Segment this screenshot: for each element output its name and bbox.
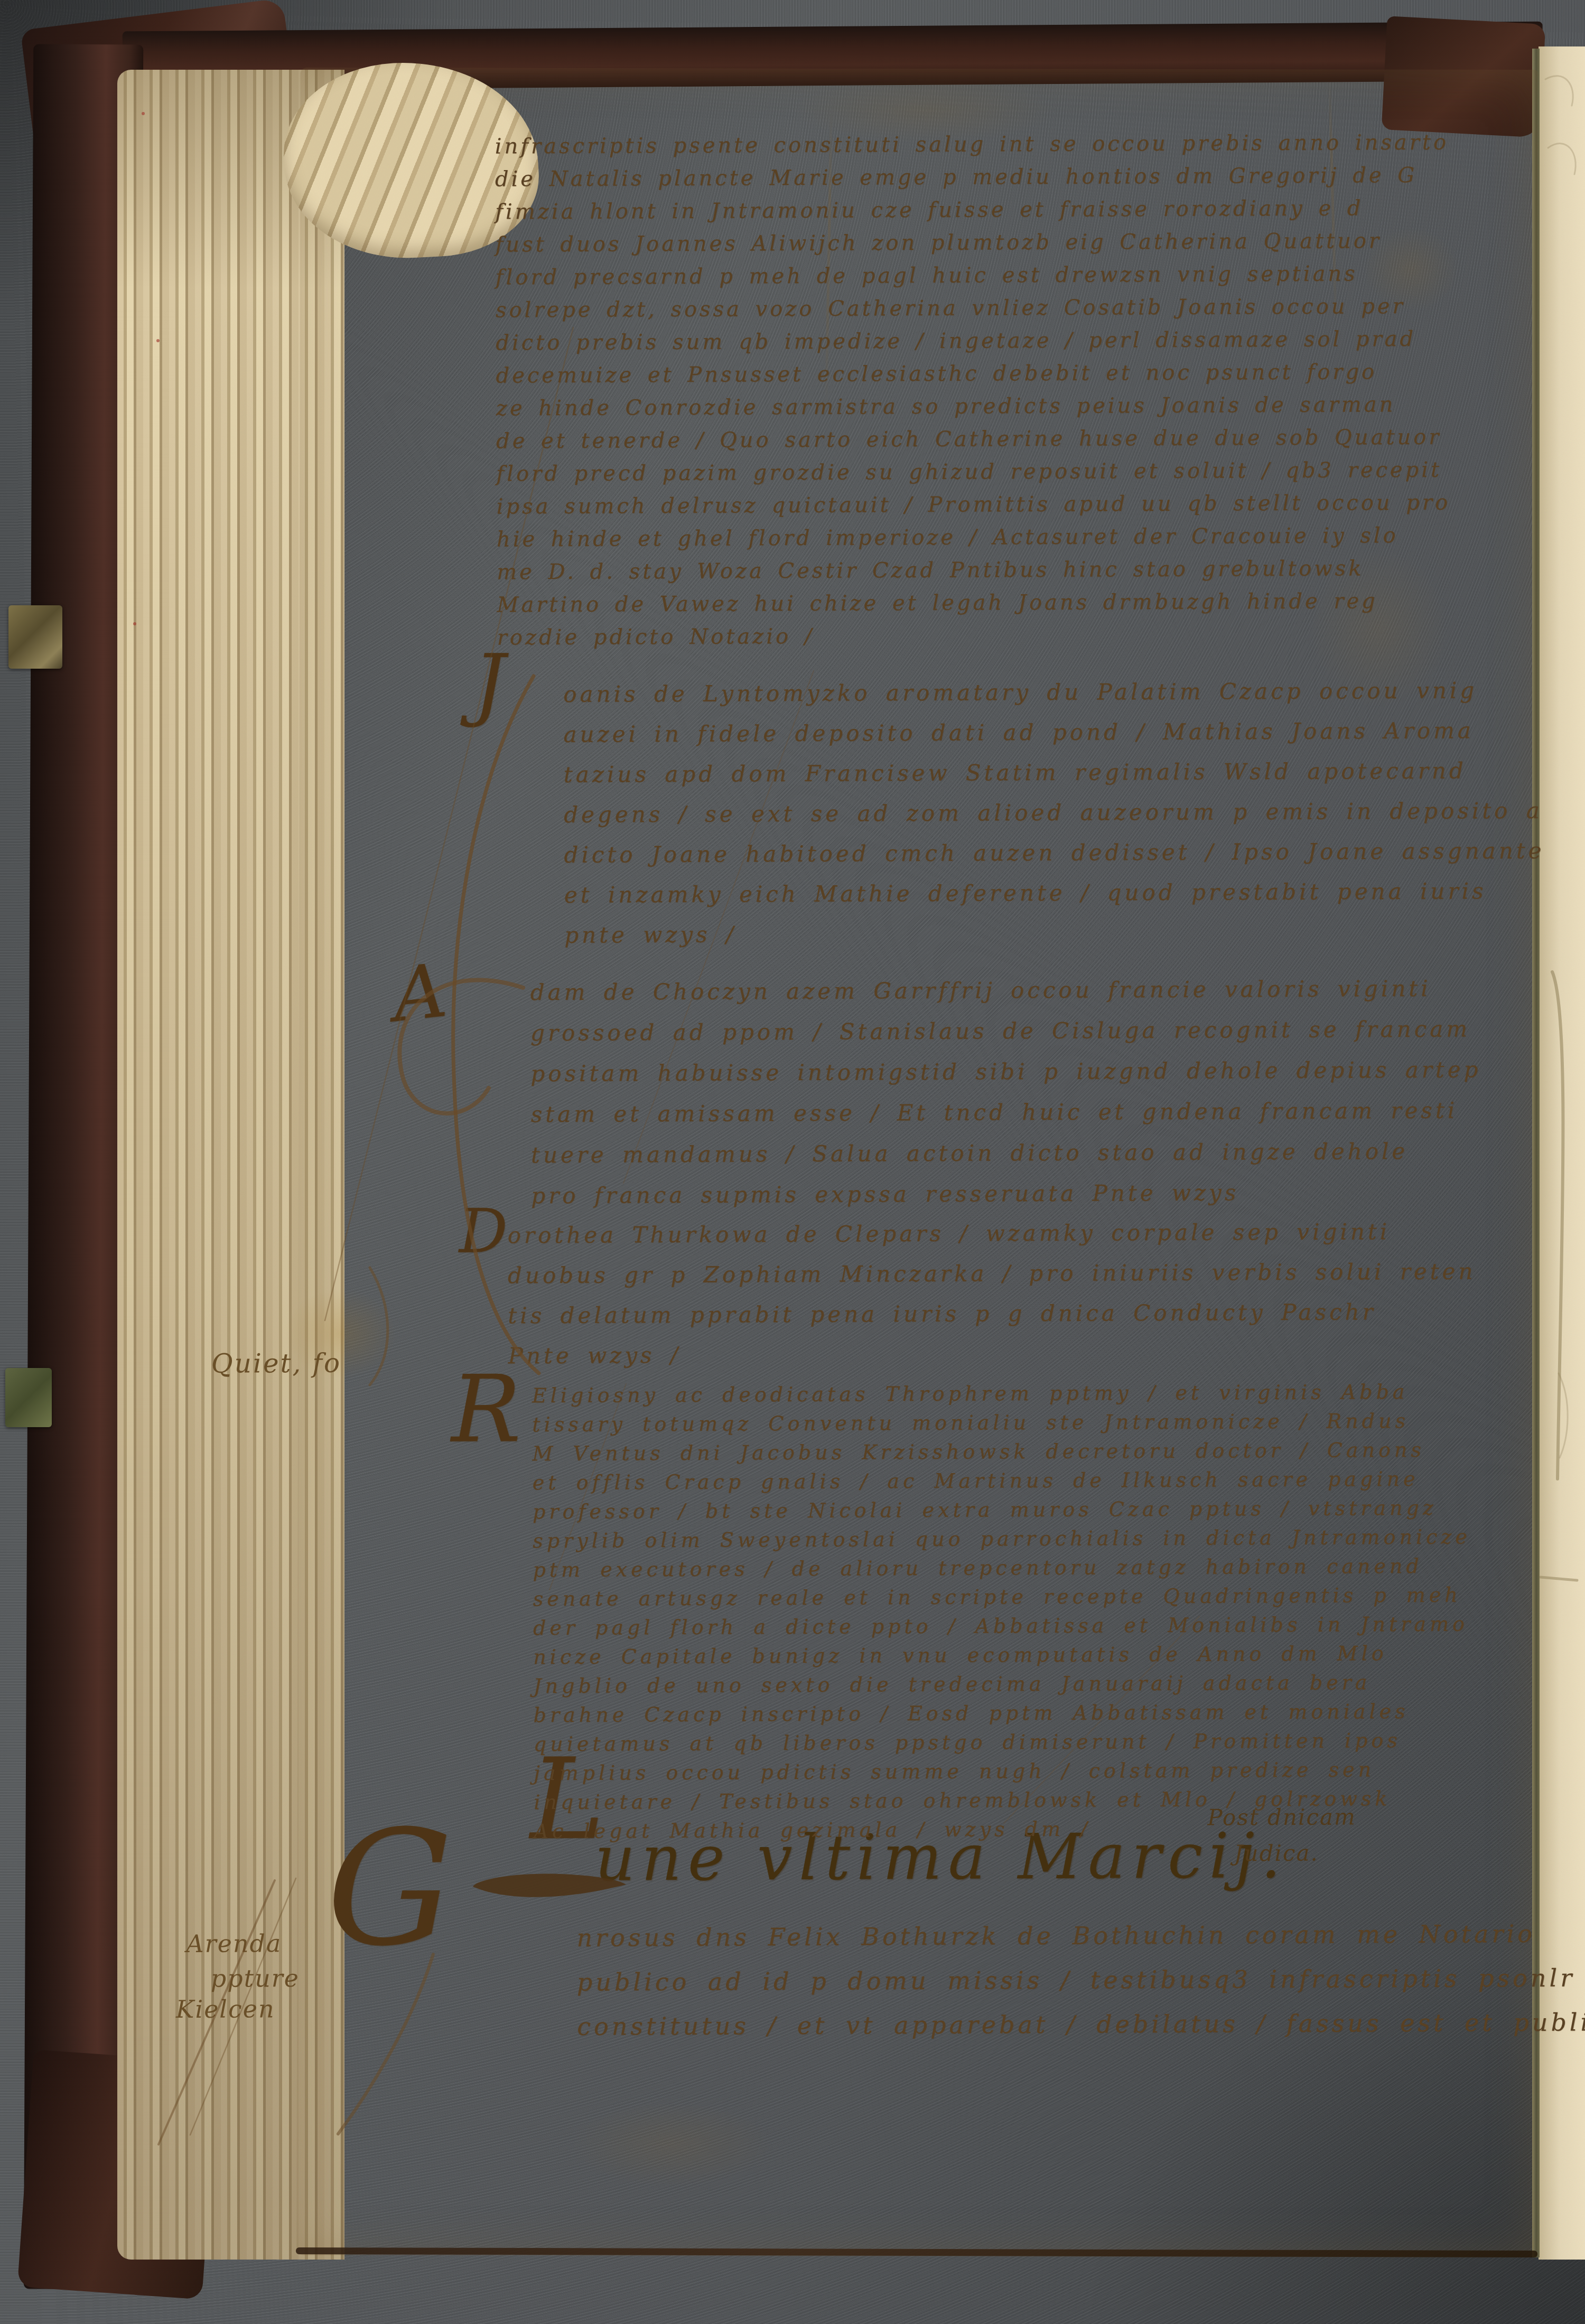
manuscript-line: der pagl florh a dicte ppto / Abbatissa … bbox=[533, 1612, 1468, 1639]
manuscript-line: professor / bt ste Nicolai extra muros C… bbox=[533, 1496, 1437, 1523]
manuscript-line: decemuize et Pnsusset ecclesiasthc debeb… bbox=[496, 360, 1377, 388]
ink-layer: L une vltima Marcij. Post dnicam Judica.… bbox=[0, 0, 1585, 2324]
manuscript-line: de et tenerde / Quo sarto eich Catherine… bbox=[496, 425, 1442, 454]
manuscript-line: positam habuisse intomigstid sibi p iuzg… bbox=[530, 1056, 1481, 1086]
manuscript-line: grossoed ad ppom / Stanislaus de Cisluga… bbox=[530, 1016, 1470, 1046]
manuscript-line: dicto Joane habitoed cmch auzen dedisset… bbox=[564, 838, 1544, 868]
manuscript-line: Jngblio de uno sexto die tredecima Janua… bbox=[533, 1671, 1370, 1698]
initial-capital: A bbox=[389, 958, 450, 1029]
margin-note-agenda: Arenda bbox=[186, 1929, 282, 1958]
manuscript-line: sprylib olim Sweyentoslai quo parrochial… bbox=[533, 1525, 1471, 1552]
manuscript-line: tissary totumqz Conventu monialiu ste Jn… bbox=[532, 1409, 1409, 1436]
manuscript-line: et inzamky eich Mathie deferente / quod … bbox=[564, 878, 1487, 908]
manuscript-line: tis delatum pprabit pena iuris p g dnica… bbox=[508, 1299, 1376, 1328]
manuscript-line: Eligiosny ac deodicatas Throphrem pptmy … bbox=[532, 1380, 1409, 1407]
manuscript-line: Ac legat Mathia gezimala / wzys dm / bbox=[534, 1817, 1090, 1843]
manuscript-line: duobus gr p Zophiam Minczarka / pro iniu… bbox=[508, 1258, 1476, 1288]
manuscript-line: infrascriptis psente constituti salug in… bbox=[495, 130, 1449, 159]
margin-note-agenda: ppture bbox=[211, 1964, 300, 1993]
manuscript-line: me D. d. stay Woza Cestir Czad Pntibus h… bbox=[497, 556, 1364, 584]
manuscript-line: ze hinde Conrozdie sarmistra so predicts… bbox=[496, 392, 1396, 420]
manuscript-line: fust duos Joannes Aliwijch zon plumtozb … bbox=[495, 229, 1382, 257]
manuscript-line: Pnte wzys / bbox=[508, 1342, 680, 1369]
manuscript-line: dicto prebis sum qb impedize / ingetaze … bbox=[496, 327, 1416, 355]
manuscript-line: ptm executores / de alioru trepcentoru z… bbox=[533, 1554, 1422, 1581]
manuscript-line: fimzia hlont in Jntramoniu cze fuisse et… bbox=[495, 196, 1363, 224]
manuscript-line: Martino de Vawez hui chize et legah Joan… bbox=[497, 589, 1377, 617]
margin-note-agenda: Kielcen bbox=[176, 1994, 275, 2023]
manuscript-line: rozdie pdicto Notazio / bbox=[497, 624, 815, 650]
manuscript-line: orothea Thurkowa de Clepars / wzamky cor… bbox=[507, 1219, 1390, 1248]
manuscript-line: quietamus at qb liberos ppstgo dimiserun… bbox=[534, 1729, 1401, 1756]
archive-photo: L une vltima Marcij. Post dnicam Judica.… bbox=[0, 0, 1585, 2324]
manuscript-line: solrepe dzt, sossa vozo Catherina vnliez… bbox=[496, 294, 1405, 323]
manuscript-line: degens / se ext se ad zom alioed auzeoru… bbox=[564, 798, 1543, 828]
manuscript-line: pro franca supmis expssa resseruata Pnte… bbox=[531, 1179, 1239, 1208]
initial-capital: G bbox=[326, 1817, 453, 1961]
manuscript-line: brahne Czacp inscripto / Eosd pptm Abbat… bbox=[533, 1700, 1409, 1727]
manuscript-line: senate artusgz reale et in scripte recep… bbox=[533, 1583, 1461, 1610]
heading-side-note: Judica. bbox=[1234, 1840, 1319, 1867]
manuscript-line: hie hinde et ghel flord imperioze / Acta… bbox=[497, 523, 1398, 551]
manuscript-line: nicze Capitale bunigz in vnu ecomputatis… bbox=[533, 1642, 1387, 1669]
manuscript-line: dam de Choczyn azem Garrffrij occou fran… bbox=[530, 976, 1431, 1005]
manuscript-line: oanis de Lyntomyzko aromatary du Palatim… bbox=[563, 677, 1477, 707]
manuscript-line: et offlis Cracp gnalis / ac Martinus de … bbox=[533, 1467, 1419, 1494]
manuscript-line: auzei in fidele deposito dati ad pond / … bbox=[563, 717, 1474, 747]
manuscript-line: jamplius occou pdictis summe nugh / cols… bbox=[534, 1758, 1375, 1785]
manuscript-line: publico ad id p domu missis / testibusq3… bbox=[577, 1964, 1575, 1997]
manuscript-line: constitutus / et vt apparebat / debilatu… bbox=[577, 2008, 1585, 2041]
manuscript-line: tuere mandamus / Salua actoin dicto stao… bbox=[531, 1138, 1408, 1168]
manuscript-line: M Ventus dni Jacobus Krzisshowsk decreto… bbox=[532, 1438, 1425, 1465]
manuscript-line: tazius apd dom Francisew Statim regimali… bbox=[564, 757, 1467, 787]
manuscript-line: flord precd pazim grozdie su ghizud repo… bbox=[496, 458, 1442, 486]
manuscript-line: nrosus dns Felix Bothurzk de Bothuchin c… bbox=[576, 1919, 1535, 1952]
manuscript-line: die Natalis plancte Marie emge p mediu h… bbox=[495, 163, 1417, 192]
initial-capital: R bbox=[451, 1368, 521, 1451]
initial-capital: D bbox=[459, 1204, 508, 1259]
manuscript-line: ipsa sumch delrusz quictauit / Promittis… bbox=[496, 491, 1450, 519]
margin-note-quiet: Quiet, fo bbox=[211, 1348, 342, 1379]
initial-capital: J bbox=[473, 648, 506, 719]
manuscript-line: inquietare / Testibus stao ohremblowsk e… bbox=[534, 1787, 1391, 1814]
manuscript-line: flord precsarnd p meh de pagl huic est d… bbox=[496, 261, 1358, 289]
manuscript-line: stam et amissam esse / Et tncd huic et g… bbox=[530, 1098, 1458, 1128]
manuscript-line: pnte wzys / bbox=[564, 921, 736, 948]
